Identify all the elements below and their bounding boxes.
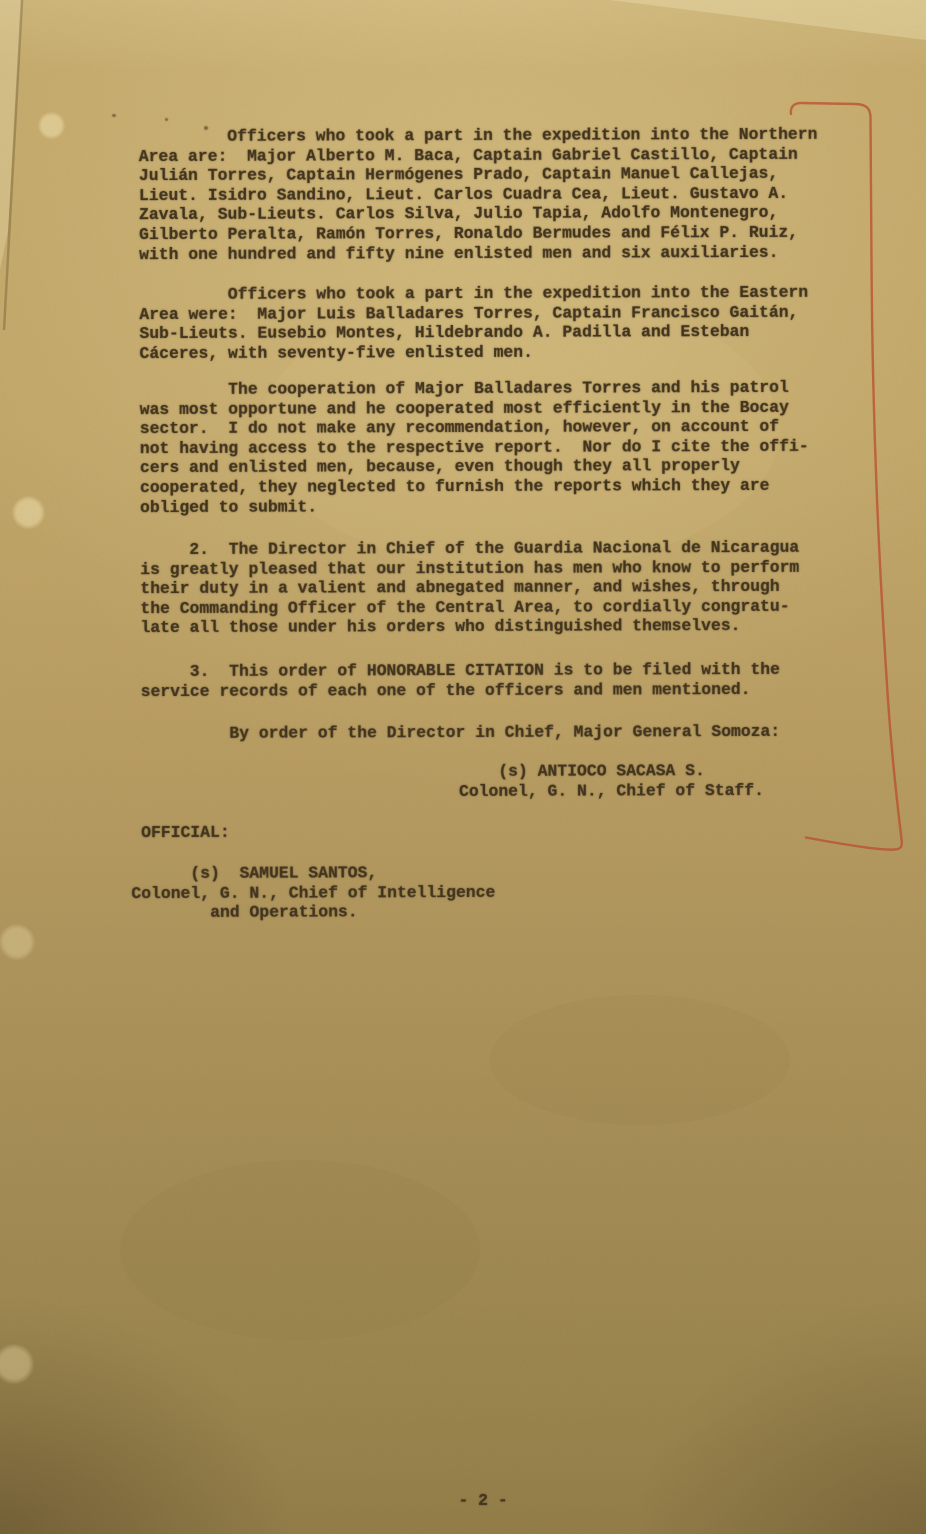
paragraph-northern-area: Officers who took a part in the expediti… [139,125,818,265]
document-page: Officers who took a part in the expediti… [0,0,926,1534]
paragraph-cooperation: The cooperation of Major Balladares Torr… [140,378,809,517]
typewritten-text-layer: Officers who took a part in the expediti… [0,0,926,1534]
page-number: - 2 - [458,1491,507,1511]
paragraph-item-3: 3. This order of HONORABLE CITATION is t… [141,660,780,701]
by-order-line: By order of the Director in Chief, Major… [141,722,780,744]
signature-chief-of-staff: (s) ANTIOCO SACASA S. Colonel, G. N., Ch… [459,761,764,801]
signature-intelligence-chief: (s) SAMUEL SANTOS, Colonel, G. N., Chief… [131,863,495,923]
paragraph-item-2: 2. The Director in Chief of the Guardia … [140,538,799,638]
paragraph-eastern-area: Officers who took a part in the expediti… [139,283,808,364]
official-label: OFFICIAL: [141,823,230,843]
